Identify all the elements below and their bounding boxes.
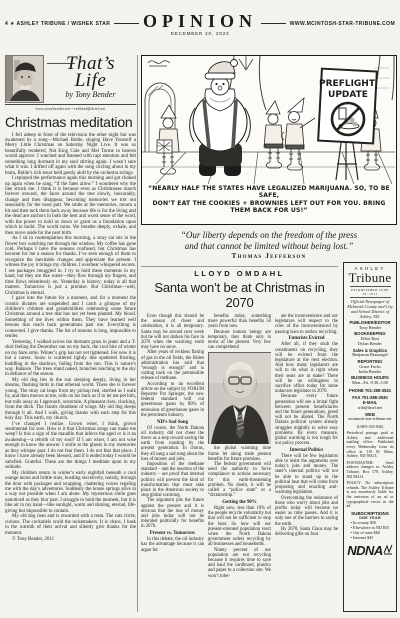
subscription-rate-line: • Internet $45 xyxy=(347,535,394,540)
lloyd-omdahl-photo xyxy=(208,352,271,444)
article-paragraph: The argument pits the future against the… xyxy=(141,498,204,529)
section-title: OPINION xyxy=(143,12,257,30)
article-paragraph: Internal Politics xyxy=(275,448,338,453)
article-paragraph: ND’s Sad Song xyxy=(141,420,204,425)
staff-line: Dylan Bender xyxy=(347,342,394,347)
usps-number: (USPS 035-840) xyxy=(347,424,394,429)
subscription-rates: • In county $50• Elsewhere in ND $55• Ou… xyxy=(347,520,394,540)
staff-line: Mon.–Fri. 8:30–5:00 xyxy=(347,381,394,386)
legal-paragraphs: Periodical postage paid at Ashley and ad… xyxy=(347,431,394,509)
body-paragraph: My children return in winter’s early nig… xyxy=(5,471,136,515)
author-contact-line: www.tonybender.net • redhead@drtel.net xyxy=(5,104,136,111)
body-paragraph: I replayed the performance again this mo… xyxy=(5,176,136,236)
tribune-masthead-box: ASHLEY Tribune ESTABLISHED JUNE 30, 1911… xyxy=(343,262,397,612)
omdahl-column-2-top: benefits today, something more powerful … xyxy=(208,314,271,350)
web-value: mcintosh-star-tribune.net xyxy=(347,417,394,422)
thats-life-masthead: That’s Life by Tony Bender xyxy=(5,55,136,102)
body-paragraph: My old dog rises and is rewarded with a … xyxy=(5,514,136,536)
article-paragraph: Imposition of the methane standard – and… xyxy=(141,462,204,498)
editorial-cartoon: PREFLIGHT UPDATE “NEARLY HALF THE STATES… xyxy=(141,55,397,225)
article-paragraph: The federal government will need the aut… xyxy=(208,462,271,498)
quote-line2: and that cannot be limited without being… xyxy=(141,241,397,252)
article-paragraph: Because human beings are temporary, they… xyxy=(208,330,271,351)
copyright-line: © Tony Bender, 2011 xyxy=(5,537,136,542)
article-paragraph: ate the inconvenience and our legislatur… xyxy=(275,314,338,335)
quote-line1: “Our liberty depends on the freedom of t… xyxy=(141,230,397,241)
cartoon-caption-line1: “NEARLY HALF THE STATES HAVE LEGALIZED M… xyxy=(145,185,393,200)
body-paragraph: Yesterday, I walked across the dormant g… xyxy=(5,340,136,378)
staff-line: Benjamin Braunagel xyxy=(347,353,394,358)
article-paragraph: After years of reckless flaring of gas i… xyxy=(141,350,204,381)
ndna-logo-scribble xyxy=(383,543,393,555)
article-paragraph: After all, if they snub the constituents… xyxy=(275,342,338,394)
staff-line: India Bender xyxy=(347,370,394,375)
omdahl-column-1: Even though this should be the season of… xyxy=(141,314,204,579)
cartoon-caption: “NEARLY HALF THE STATES HAVE LEGALIZED M… xyxy=(142,184,396,215)
page-number: 4 xyxy=(5,21,8,27)
article-paragraph: Present vs. Tomorrow xyxy=(141,531,204,536)
column-title: That’s Life xyxy=(45,55,136,89)
article-paragraph: Getting the 90% xyxy=(208,500,271,505)
issue-date: DECEMBER 20, 2023 xyxy=(143,31,257,36)
jefferson-quote: “Our liberty depends on the freedom of t… xyxy=(141,230,397,260)
article-paragraph: Of course, the North Dakota oil industry… xyxy=(141,426,204,462)
page-header: 4 ★ ASHLEY TRIBUNE / WISHEK STAR OPINION… xyxy=(5,12,395,36)
quote-attribution: Thomas Jefferson xyxy=(141,252,397,260)
body-paragraph: My old dog lies in the sun sleeping deep… xyxy=(5,378,136,422)
article-paragraph: Right now, less than 10% of the people r… xyxy=(208,506,271,548)
staff-list: PUBLISHER/EDITORTony BenderBOOKKEEPINGEl… xyxy=(347,321,394,386)
fax-line: FAX 701-288-3530 xyxy=(347,395,394,400)
body-paragraph: I fell asleep in front of the television… xyxy=(5,133,136,177)
thats-life-headline: Christmas meditation xyxy=(5,114,136,130)
omdahl-headline: Santa won’t be at Christmas in 2070 xyxy=(141,280,338,310)
official-newspaper-text: Official Newspaper of McIntosh County an… xyxy=(347,299,394,319)
article-paragraph: Overcoming the resistance of those who w… xyxy=(275,496,338,527)
masthead-title-block: That’s Life by Tony Bender xyxy=(45,55,136,99)
article-paragraph: Because every future generation will see… xyxy=(275,394,338,446)
omdahl-column-2-bottom: the global warming time frame let along … xyxy=(208,446,271,578)
thats-life-column: That’s Life by Tony Bender www.tonybende… xyxy=(5,55,136,542)
thats-life-body: I fell asleep in front of the television… xyxy=(5,133,136,537)
cartoon-caption-line2: DON’T EAT THE COOKIES + BROWNIES LEFT OU… xyxy=(145,200,393,215)
article-paragraph: There will be few legislators able to re… xyxy=(275,454,338,496)
header-rule-right xyxy=(261,23,286,24)
legal-paragraph: POLICY: No subscription refunds. The Ash… xyxy=(347,481,394,509)
phone-line: PHONE 701-288-3531 xyxy=(347,388,394,393)
header-rule-left xyxy=(114,23,139,24)
section-title-block: OPINION DECEMBER 20, 2023 xyxy=(143,12,257,36)
lloyd-omdahl-portrait-art xyxy=(209,353,271,444)
article-paragraph: Even though this should be the season of… xyxy=(141,314,204,350)
newspaper-opinion-page: 4 ★ ASHLEY TRIBUNE / WISHEK STAR OPINION… xyxy=(0,0,400,618)
article-paragraph: benefits today, something more powerful … xyxy=(208,314,271,330)
legal-paragraph: POSTMASTER: Send address changes to: Ash… xyxy=(347,461,394,479)
sign-text-line1: PREFLIGHT xyxy=(319,79,376,89)
article-paragraph: Ninety percent of our population are not… xyxy=(208,548,271,579)
staff-line: Tony Bender xyxy=(347,326,394,331)
legal-paragraph: Periodical postage paid at Ashley and ad… xyxy=(347,431,394,459)
body-paragraph: As I sit in contemplation this morning, … xyxy=(5,236,136,296)
column-byline: by Tony Bender xyxy=(45,90,136,99)
header-left-text: 4 ★ ASHLEY TRIBUNE / WISHEK STAR xyxy=(5,12,110,27)
masthead-tribune: Tribune xyxy=(347,271,394,284)
article-paragraph: the global warming time frame let along … xyxy=(208,446,271,462)
email-value: trib@drtel.net xyxy=(347,406,394,411)
body-paragraph: I gaze into the future for a moment, and… xyxy=(5,296,136,340)
body-paragraph: I’ve changed I realize. Grown wiser, I t… xyxy=(5,422,136,471)
tony-bender-portrait-art xyxy=(6,56,42,101)
cartoon-drawing: PREFLIGHT UPDATE xyxy=(142,56,395,184)
article-paragraph: By 2070, Santa Claus may be delivering g… xyxy=(275,527,338,537)
omdahl-column-2: benefits today, something more powerful … xyxy=(208,314,271,579)
edition-name: ASHLEY TRIBUNE / WISHEK STAR xyxy=(16,21,110,27)
column-divider-rule xyxy=(137,55,138,612)
article-paragraph: Futurists Evicted xyxy=(275,336,338,341)
sign-text-line2: UPDATE xyxy=(328,90,368,100)
website-url: WWW.MCINTOSH-STAR-TRIBUNE.COM xyxy=(290,12,395,27)
article-paragraph: According to an excellent article on the… xyxy=(141,382,204,418)
omdahl-article: LLOYD OMDAHL Santa won’t be at Christmas… xyxy=(141,266,338,614)
omdahl-columns: Even though this should be the season of… xyxy=(141,314,338,579)
star-icon: ★ xyxy=(10,21,15,27)
omdahl-byline: LLOYD OMDAHL xyxy=(141,266,338,278)
tony-bender-photo xyxy=(5,55,44,103)
ndna-logo: NDNA xyxy=(347,543,394,557)
omdahl-column-3: ate the inconvenience and our legislatur… xyxy=(275,314,338,579)
masthead-established: ESTABLISHED JUNE 30, 1911 xyxy=(350,286,391,298)
article-paragraph: In this debate, the oil industry has the… xyxy=(141,537,204,553)
